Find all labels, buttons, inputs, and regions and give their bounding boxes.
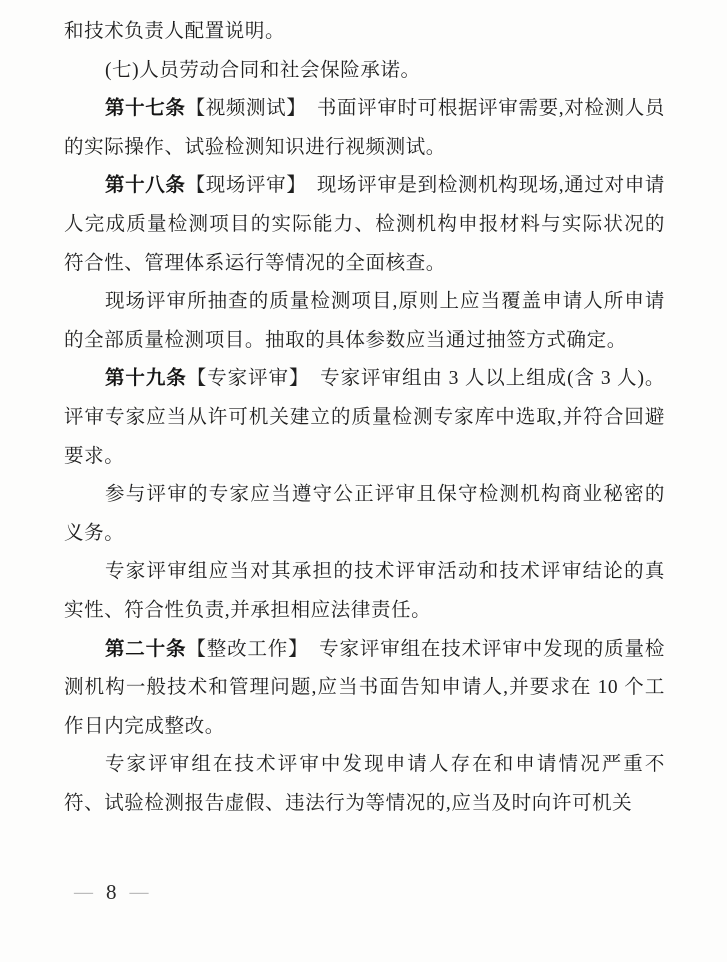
text-run: 专家评审组应当对其承担的技术评审活动和技术评审结论的真实性、符合性负责,并承担相…	[64, 561, 665, 621]
text-run: 和技术负责人配置说明。	[64, 21, 285, 42]
text-run: (七)人员劳动合同和社会保险承诺。	[105, 60, 421, 81]
article-title: 【现场评审】	[186, 175, 297, 196]
article-number: 第十七条	[105, 98, 186, 119]
text-run: 现场评审所抽查的质量检测项目,原则上应当覆盖申请人所申请的全部质量检测项目。抽取…	[64, 291, 665, 351]
text-run: 参与评审的专家应当遵守公正评审且保守检测机构商业秘密的义务。	[64, 484, 665, 544]
article-title: 【视频测试】	[186, 98, 297, 119]
article-number: 第十八条	[105, 175, 186, 196]
paragraph: 第二十条【整改工作】 专家评审组在技术评审中发现的质量检测机构一般技术和管理问题…	[64, 631, 665, 747]
text-run: 专家评审组在技术评审中发现申请人存在和申请情况严重不符、试验检测报告虚假、违法行…	[64, 754, 665, 814]
paragraph: 第十八条【现场评审】 现场评审是到检测机构现场,通过对申请人完成质量检测项目的实…	[64, 167, 665, 283]
article-title: 【整改工作】	[186, 639, 298, 660]
paragraph: 现场评审所抽查的质量检测项目,原则上应当覆盖申请人所申请的全部质量检测项目。抽取…	[64, 283, 665, 360]
footer-dash-left: —	[74, 884, 93, 902]
footer-dash-right: —	[130, 884, 149, 902]
paragraph: (七)人员劳动合同和社会保险承诺。	[64, 52, 665, 91]
paragraph: 第十九条【专家评审】 专家评审组由 3 人以上组成(含 3 人)。评审专家应当从…	[64, 360, 665, 476]
paragraph: 和技术负责人配置说明。	[64, 13, 665, 52]
document-body: 和技术负责人配置说明。(七)人员劳动合同和社会保险承诺。第十七条【视频测试】 书…	[64, 13, 665, 823]
paragraph: 第十七条【视频测试】 书面评审时可根据评审需要,对检测人员的实际操作、试验检测知…	[64, 90, 665, 167]
article-title: 【专家评审】	[187, 368, 300, 389]
paragraph: 参与评审的专家应当遵守公正评审且保守检测机构商业秘密的义务。	[64, 476, 665, 553]
paragraph: 专家评审组应当对其承担的技术评审活动和技术评审结论的真实性、符合性负责,并承担相…	[64, 553, 665, 630]
paragraph: 专家评审组在技术评审中发现申请人存在和申请情况严重不符、试验检测报告虚假、违法行…	[64, 746, 665, 823]
document-page: 和技术负责人配置说明。(七)人员劳动合同和社会保险承诺。第十七条【视频测试】 书…	[0, 0, 727, 962]
article-number: 第十九条	[105, 368, 187, 389]
page-footer: — 8 —	[74, 880, 149, 905]
article-number: 第二十条	[105, 639, 186, 660]
footer-page-number: 8	[106, 880, 117, 905]
